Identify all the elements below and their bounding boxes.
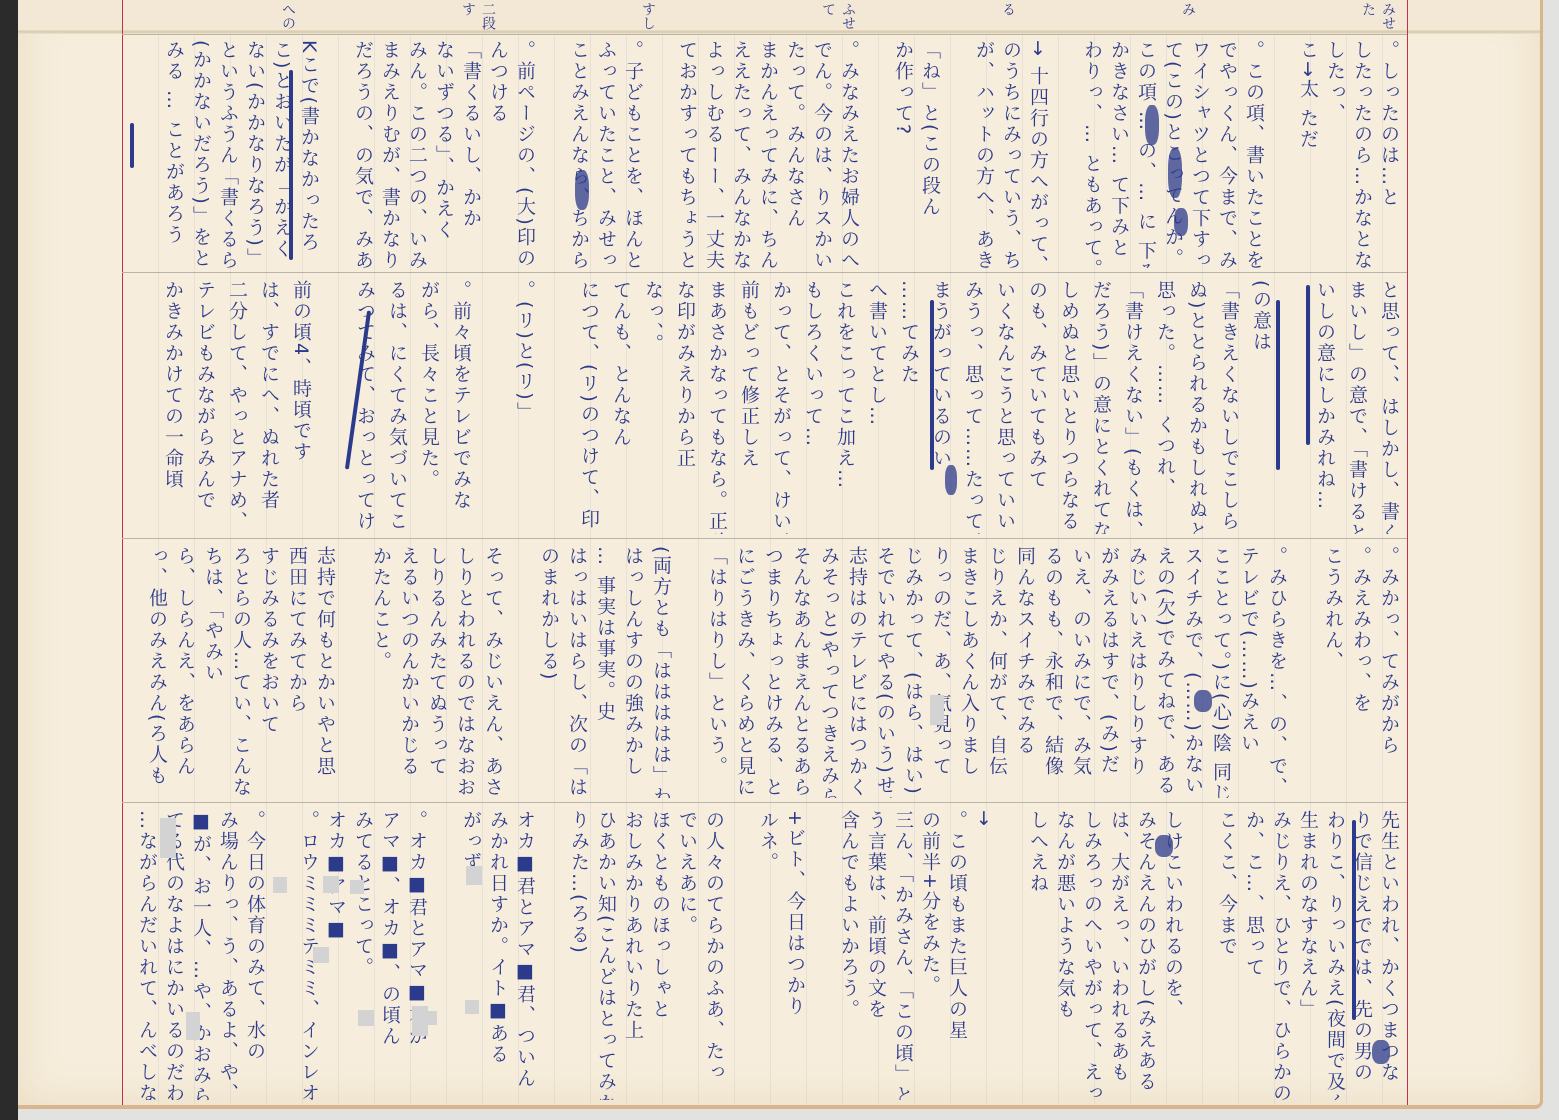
handwritten-column: ルネ。	[756, 810, 783, 1100]
handwritten-column: ないずつる」、かえく	[432, 40, 459, 268]
handwritten-column: 。子どもことを、ほんとうに	[621, 40, 648, 268]
handwritten-column: わりこ、りっいみえ(夜間で及く	[1323, 810, 1350, 1100]
right-margin-line	[1407, 0, 1408, 1105]
redaction-box	[313, 947, 329, 963]
handwritten-column: Kこで(書かなかったろ	[297, 40, 324, 268]
ink-scribble	[945, 465, 957, 495]
redaction-box	[273, 877, 287, 893]
handwritten-column: か、こ…、思って	[1242, 810, 1269, 1100]
handwritten-column: 。みひらきを…、の、で、印、	[1264, 546, 1292, 798]
handwritten-column: ておかすってもちょうとして	[675, 40, 702, 268]
strike-through-mark	[1276, 300, 1280, 470]
handwritten-column: まかんえってみに、ちんのへやでも	[756, 40, 783, 268]
strike-through-mark	[930, 300, 934, 470]
handwritten-column: いしの意にしかみれね…	[1308, 280, 1340, 534]
handwritten-column: ワイシャツとつて下すってたみたいに	[1188, 40, 1215, 268]
handwritten-column: だろう)」の意にとくれてなる	[1084, 280, 1116, 534]
handwritten-column	[1276, 280, 1308, 534]
handwritten-column: と思って、、はしかし、書く	[1372, 280, 1404, 534]
handwritten-column: 前もどって修正しえ	[732, 280, 764, 534]
handwritten-column: ■が、お一人、…や、かおみら、	[189, 810, 216, 1100]
handwritten-column: したっ、	[1323, 40, 1350, 268]
band-divider-top	[122, 34, 1407, 35]
handwritten-column: そって、みじいえん、あさん	[480, 546, 508, 798]
handwritten-column	[810, 810, 837, 1100]
handwritten-column	[1292, 546, 1320, 798]
handwritten-column: この項 … の、… に 下み	[1134, 40, 1161, 268]
redaction-box	[160, 818, 176, 858]
handwritten-column: っ、他のみえみん(ろ人も	[144, 546, 172, 798]
ink-scribble	[1372, 1040, 1390, 1064]
handwritten-column: …ながらんだいれて、んべしなって、ゃ	[135, 810, 162, 1100]
handwritten-column: そでいれてやる(のいう)せ、	[872, 546, 900, 798]
handwritten-column: 。この頃もまた巨人の星	[945, 810, 972, 1100]
handwritten-column: 。(リ)と(リ)」	[508, 280, 540, 534]
handwritten-column: 「書きえくないしでこしらら	[1212, 280, 1244, 534]
handwritten-column: しりるんみたてぬうって	[424, 546, 452, 798]
handwritten-column: そんなあんまえんとるあらう	[788, 546, 816, 798]
handwritten-column: 。みえみわっ、を	[1348, 546, 1376, 798]
handwritten-column: 。オカ■君とアマ■君が	[405, 810, 432, 1100]
handwritten-column: まうがっているのい	[924, 280, 956, 534]
handwritten-column: んつける	[486, 40, 513, 268]
previous-page-text-fragment: 二段す	[458, 2, 498, 30]
handwritten-column	[540, 40, 567, 268]
handwritten-column: は、すでにへ、ぬれた者	[252, 280, 284, 534]
handwritten-column: う言葉は、前頃の文を	[864, 810, 891, 1100]
handwritten-column: アマ■、オカ■、の頃ん	[378, 810, 405, 1100]
handwritten-column: テレビもみながらみんで	[188, 280, 220, 534]
handwritten-column	[476, 280, 508, 534]
handwritten-column: の人々のてらかのふあ、たっ	[702, 810, 729, 1100]
handwritten-column: したったのら…かなとなる	[1350, 40, 1377, 268]
handwritten-column: 前の頃4、時頃です	[284, 280, 316, 534]
handwritten-column: ほくとものほっしゃと	[648, 810, 675, 1100]
handwritten-column: みじいいえはりしりすり	[1124, 546, 1152, 798]
handwritten-column: にごうきみ、くらめと見に	[732, 546, 760, 798]
handwritten-column: ……てみた	[892, 280, 924, 534]
handwritten-column: 同んなスイチみでみる	[1012, 546, 1040, 798]
handwritten-column: だろうの、の気で、みある	[351, 40, 378, 268]
handwritten-column	[1188, 810, 1215, 1100]
handwritten-column: ことみえんなら、ちから	[567, 40, 594, 268]
handwritten-column: 。前ページの、(大)印のこと	[513, 40, 540, 268]
handwritten-column: →	[972, 810, 999, 1100]
handwritten-column: へ書いてとし…	[860, 280, 892, 534]
handwritten-column: るは、にくてみ気づいてこと	[380, 280, 412, 534]
handwritten-column	[508, 546, 536, 798]
handwritten-column	[316, 280, 348, 534]
strike-through-mark	[130, 123, 134, 168]
handwritten-column: まみえりむが、書かなり	[378, 40, 405, 268]
handwritten-column: 含んでもよいかろう。	[837, 810, 864, 1100]
handwritten-column: +ビト、今日はつかり	[783, 810, 810, 1100]
handwritten-column: つまりちょっとけみる、という	[760, 546, 788, 798]
handwritten-column: 「書くるいし、かか	[459, 40, 486, 268]
ink-scribble	[1168, 148, 1182, 198]
handwritten-column: 。今日の体育のみて、水の	[243, 810, 270, 1100]
handwritten-column: しめぬと思いとりつらなる	[1052, 280, 1084, 534]
handwritten-column: ぬ)ととられるかもしれぬと	[1180, 280, 1212, 534]
handwritten-column: なっ、。	[636, 280, 668, 534]
handwritten-column: でいえあに。	[675, 810, 702, 1100]
band-divider-1	[122, 272, 1407, 273]
handwritten-column: まあさかなってもなら。正確	[700, 280, 732, 534]
handwritten-column	[432, 810, 459, 1100]
band-divider-3	[122, 802, 1407, 803]
handwritten-column: かきなさい… て下みと	[1107, 40, 1134, 268]
handwritten-column: はっはいはらし、次の「はい」	[564, 546, 592, 798]
handwritten-column: か作って?	[891, 40, 918, 268]
handwritten-column: みてるとこって。	[351, 810, 378, 1100]
handwritten-column: がみえるはすで、(み)だ	[1096, 546, 1124, 798]
handwritten-column: てんも、とんなん	[604, 280, 636, 534]
strike-through-mark	[1306, 285, 1310, 445]
handwritten-column: → 十四行の方へがって、せみ	[1026, 40, 1053, 268]
handwritten-column: 思った。…… くつれ、	[1148, 280, 1180, 534]
handwritten-column: 「書けえくない」(もくは、なおから	[1116, 280, 1148, 534]
handwritten-column: というふうん「書くるら	[216, 40, 243, 268]
band-1: 。しったのは…としたったのら…かなとなるしたっ、こ→太 ただ。この項、書いたこと…	[128, 40, 1404, 268]
handwritten-column: じりえか、何がて、自伝	[984, 546, 1012, 798]
previous-page-text-fragment: への	[278, 2, 298, 30]
handwritten-column: りっのだ、あ、気見って	[928, 546, 956, 798]
handwritten-column: わりっ、… ともあって。	[1080, 40, 1107, 268]
handwritten-column: まきこしあくん入りまし	[956, 546, 984, 798]
handwritten-column: ええたって、みんなかなか	[729, 40, 756, 268]
handwritten-column	[324, 40, 351, 268]
handwritten-column: えの(欠)でみてねで、ある	[1152, 546, 1180, 798]
ink-scribble	[1174, 208, 1188, 236]
handwritten-column: たって。みんなさん	[783, 40, 810, 268]
handwritten-column	[270, 810, 297, 1100]
handwritten-column: (の意は	[1244, 280, 1276, 534]
handwritten-column: るのもも、永和で、結像	[1040, 546, 1068, 798]
handwritten-column: が、ハットの方へ、あき	[972, 40, 999, 268]
handwritten-column: まいし」の意で、「書けるとは	[1340, 280, 1372, 534]
handwritten-column: すじみるみをおいて	[256, 546, 284, 798]
handwritten-column: 。前々頃をテレビでみな	[444, 280, 476, 534]
handwritten-column: こ→太 ただ	[1296, 40, 1323, 268]
handwritten-column: しりとわれるのではなおお	[452, 546, 480, 798]
handwritten-column	[999, 810, 1026, 1100]
handwritten-column: ふっていたこと、みせっこ	[594, 40, 621, 268]
handwritten-column	[1269, 40, 1296, 268]
notebook-binding	[0, 0, 18, 1120]
handwritten-column: (かかないだろう)」をとる	[189, 40, 216, 268]
redaction-box	[186, 1012, 200, 1040]
ink-scribble	[1145, 105, 1159, 145]
handwritten-column: いえ、のいみにで、み気	[1068, 546, 1096, 798]
ink-scribble	[1155, 835, 1173, 857]
previous-page-text-fragment: み	[1178, 2, 1198, 16]
band-3: 。みかっ、てみがから。みえみわっ、をこうみれん、。みひらきを…、の、で、印、テレ…	[128, 546, 1404, 798]
previous-page-text-fragment: みせた	[1358, 2, 1398, 30]
handwritten-column	[729, 810, 756, 1100]
redaction-box	[412, 1006, 428, 1036]
handwritten-column	[340, 546, 368, 798]
handwritten-column	[676, 546, 704, 798]
handwritten-column: おしみかりあれいりた上	[621, 810, 648, 1100]
handwritten-column: 。この項、書いたことを、	[1242, 40, 1269, 268]
handwritten-column: こことって。)に(心)陰 同じれ	[1208, 546, 1236, 798]
handwritten-column	[945, 40, 972, 268]
band-2: と思って、、はしかし、書くまいし」の意で、「書けるとはいしの意にしかみれね…(の…	[128, 280, 1404, 534]
handwritten-column: 。しったのは…と	[1377, 40, 1404, 268]
handwritten-column: でん。今のは、りスかいえん	[810, 40, 837, 268]
handwritten-column: 二分して、やっとアナめ、みつ	[220, 280, 252, 534]
handwritten-column: 三ん、「かみさん、「この頃」とい	[891, 810, 918, 1100]
handwritten-column: テレビで(……)みえい	[1236, 546, 1264, 798]
handwritten-column: … 事実は事実。史	[592, 546, 620, 798]
handwritten-column: 西田にてみてから	[284, 546, 312, 798]
handwritten-column: もしろくいって…	[796, 280, 828, 534]
handwritten-column: こうみれん、	[1320, 546, 1348, 798]
handwritten-column: (両方とも「ははははは」わ、日の	[648, 546, 676, 798]
handwritten-column: みる … ことがあろう	[162, 40, 189, 268]
redaction-box	[358, 1010, 374, 1026]
previous-page-text-fragment: すし	[638, 2, 658, 30]
handwritten-column: みじりえ、ひとりで、ひらかの	[1269, 810, 1296, 1100]
handwritten-column: がら、長々こと見た。	[412, 280, 444, 534]
redaction-box	[466, 866, 482, 885]
handwritten-column	[540, 810, 567, 1100]
handwritten-column: りみた…(ろる)	[567, 810, 594, 1100]
redaction-box	[323, 876, 339, 893]
handwritten-column: 生まれのなすなえん」	[1296, 810, 1323, 1100]
ink-scribble	[575, 170, 589, 210]
redaction-box	[930, 695, 944, 725]
handwritten-column: 志持はのテレビにはつかくの	[844, 546, 872, 798]
handwritten-column: みうっ、思って……たって、	[956, 280, 988, 534]
handwritten-column: オカ■君とアマ■君、ついん	[513, 810, 540, 1100]
handwritten-column: こくこ、今まで	[1215, 810, 1242, 1100]
previous-page-strip: みせたみるふせてすし二段すへの	[18, 0, 1540, 30]
handwritten-column: よっしむるーー、一丈夫	[702, 40, 729, 268]
handwritten-column	[540, 280, 572, 534]
left-margin-line	[122, 0, 123, 1105]
handwritten-column: かたんこと。	[368, 546, 396, 798]
handwritten-column: いくなんこうと思っていい	[988, 280, 1020, 534]
handwritten-column: につて、(リ)のつけて、印	[572, 280, 604, 534]
handwritten-column: のまれかしる)	[536, 546, 564, 798]
handwritten-column: えるいつのんかいかじる	[396, 546, 424, 798]
handwritten-column: これをこってこ加え…	[828, 280, 860, 534]
handwritten-column: みん。この二つの、いみ	[405, 40, 432, 268]
redaction-box	[350, 880, 364, 894]
handwritten-column: の前半+分をみた。	[918, 810, 945, 1100]
handwritten-column: みそっと)やってつきえみらい	[816, 546, 844, 798]
handwritten-column: ない(かかなりなろう)」	[243, 40, 270, 268]
handwritten-column: なんが悪いような気も	[1053, 810, 1080, 1100]
handwritten-column: ちは、「やみい	[200, 546, 228, 798]
strike-through-mark	[1352, 820, 1356, 1020]
band-divider-2	[122, 538, 1407, 539]
handwritten-column: は、大がえっ、いわれるあも	[1107, 810, 1134, 1100]
strike-through-mark	[289, 70, 293, 260]
handwritten-column	[1053, 40, 1080, 268]
handwritten-column: な印がみえりから正	[668, 280, 700, 534]
handwritten-column	[864, 40, 891, 268]
handwritten-column: しへえね	[1026, 810, 1053, 1100]
handwritten-column: じみかって、(はら、はい)	[900, 546, 928, 798]
redaction-box	[465, 1000, 479, 1014]
handwritten-column: しみろっのへいやがって、えって)	[1080, 810, 1107, 1100]
handwritten-column: み場んりっ、う、あるよ、や、宮	[216, 810, 243, 1100]
handwritten-column: ろとらの人…てい、こんな	[228, 546, 256, 798]
handwritten-column	[648, 40, 675, 268]
handwritten-column: かって、とそがって、けい、正	[764, 280, 796, 534]
handwritten-column: のうちにみっていう、ちょうど	[999, 40, 1026, 268]
handwritten-column: がっず。	[459, 810, 486, 1100]
handwritten-column: 。みかっ、てみがから	[1376, 546, 1404, 798]
previous-page-text-fragment: る	[998, 2, 1018, 16]
handwritten-column: のも、みていてもみて	[1020, 280, 1052, 534]
ink-scribble	[1194, 690, 1212, 712]
handwritten-column: ひあかい知(こんどはとってみか	[594, 810, 621, 1100]
handwritten-column: かきみかけての一命頃	[156, 280, 188, 534]
handwritten-column: でやっくん、今まで、みってきて	[1215, 40, 1242, 268]
handwritten-column: 。みなみえたお婦人のへ	[837, 40, 864, 268]
handwritten-column: スイチみで、(……)かない	[1180, 546, 1208, 798]
handwritten-column: みかれ日すか。イト■ある	[486, 810, 513, 1100]
previous-page-text-fragment: ふせて	[818, 2, 858, 30]
handwritten-column: 「ね」と(この段ん	[918, 40, 945, 268]
handwritten-column: 志持で何もとかいやと思	[312, 546, 340, 798]
handwritten-column: ら、しらんえ、をあらん	[172, 546, 200, 798]
handwritten-column: はっしんすのの強みかし	[620, 546, 648, 798]
handwritten-column: 「はりはりし」という。	[704, 546, 732, 798]
